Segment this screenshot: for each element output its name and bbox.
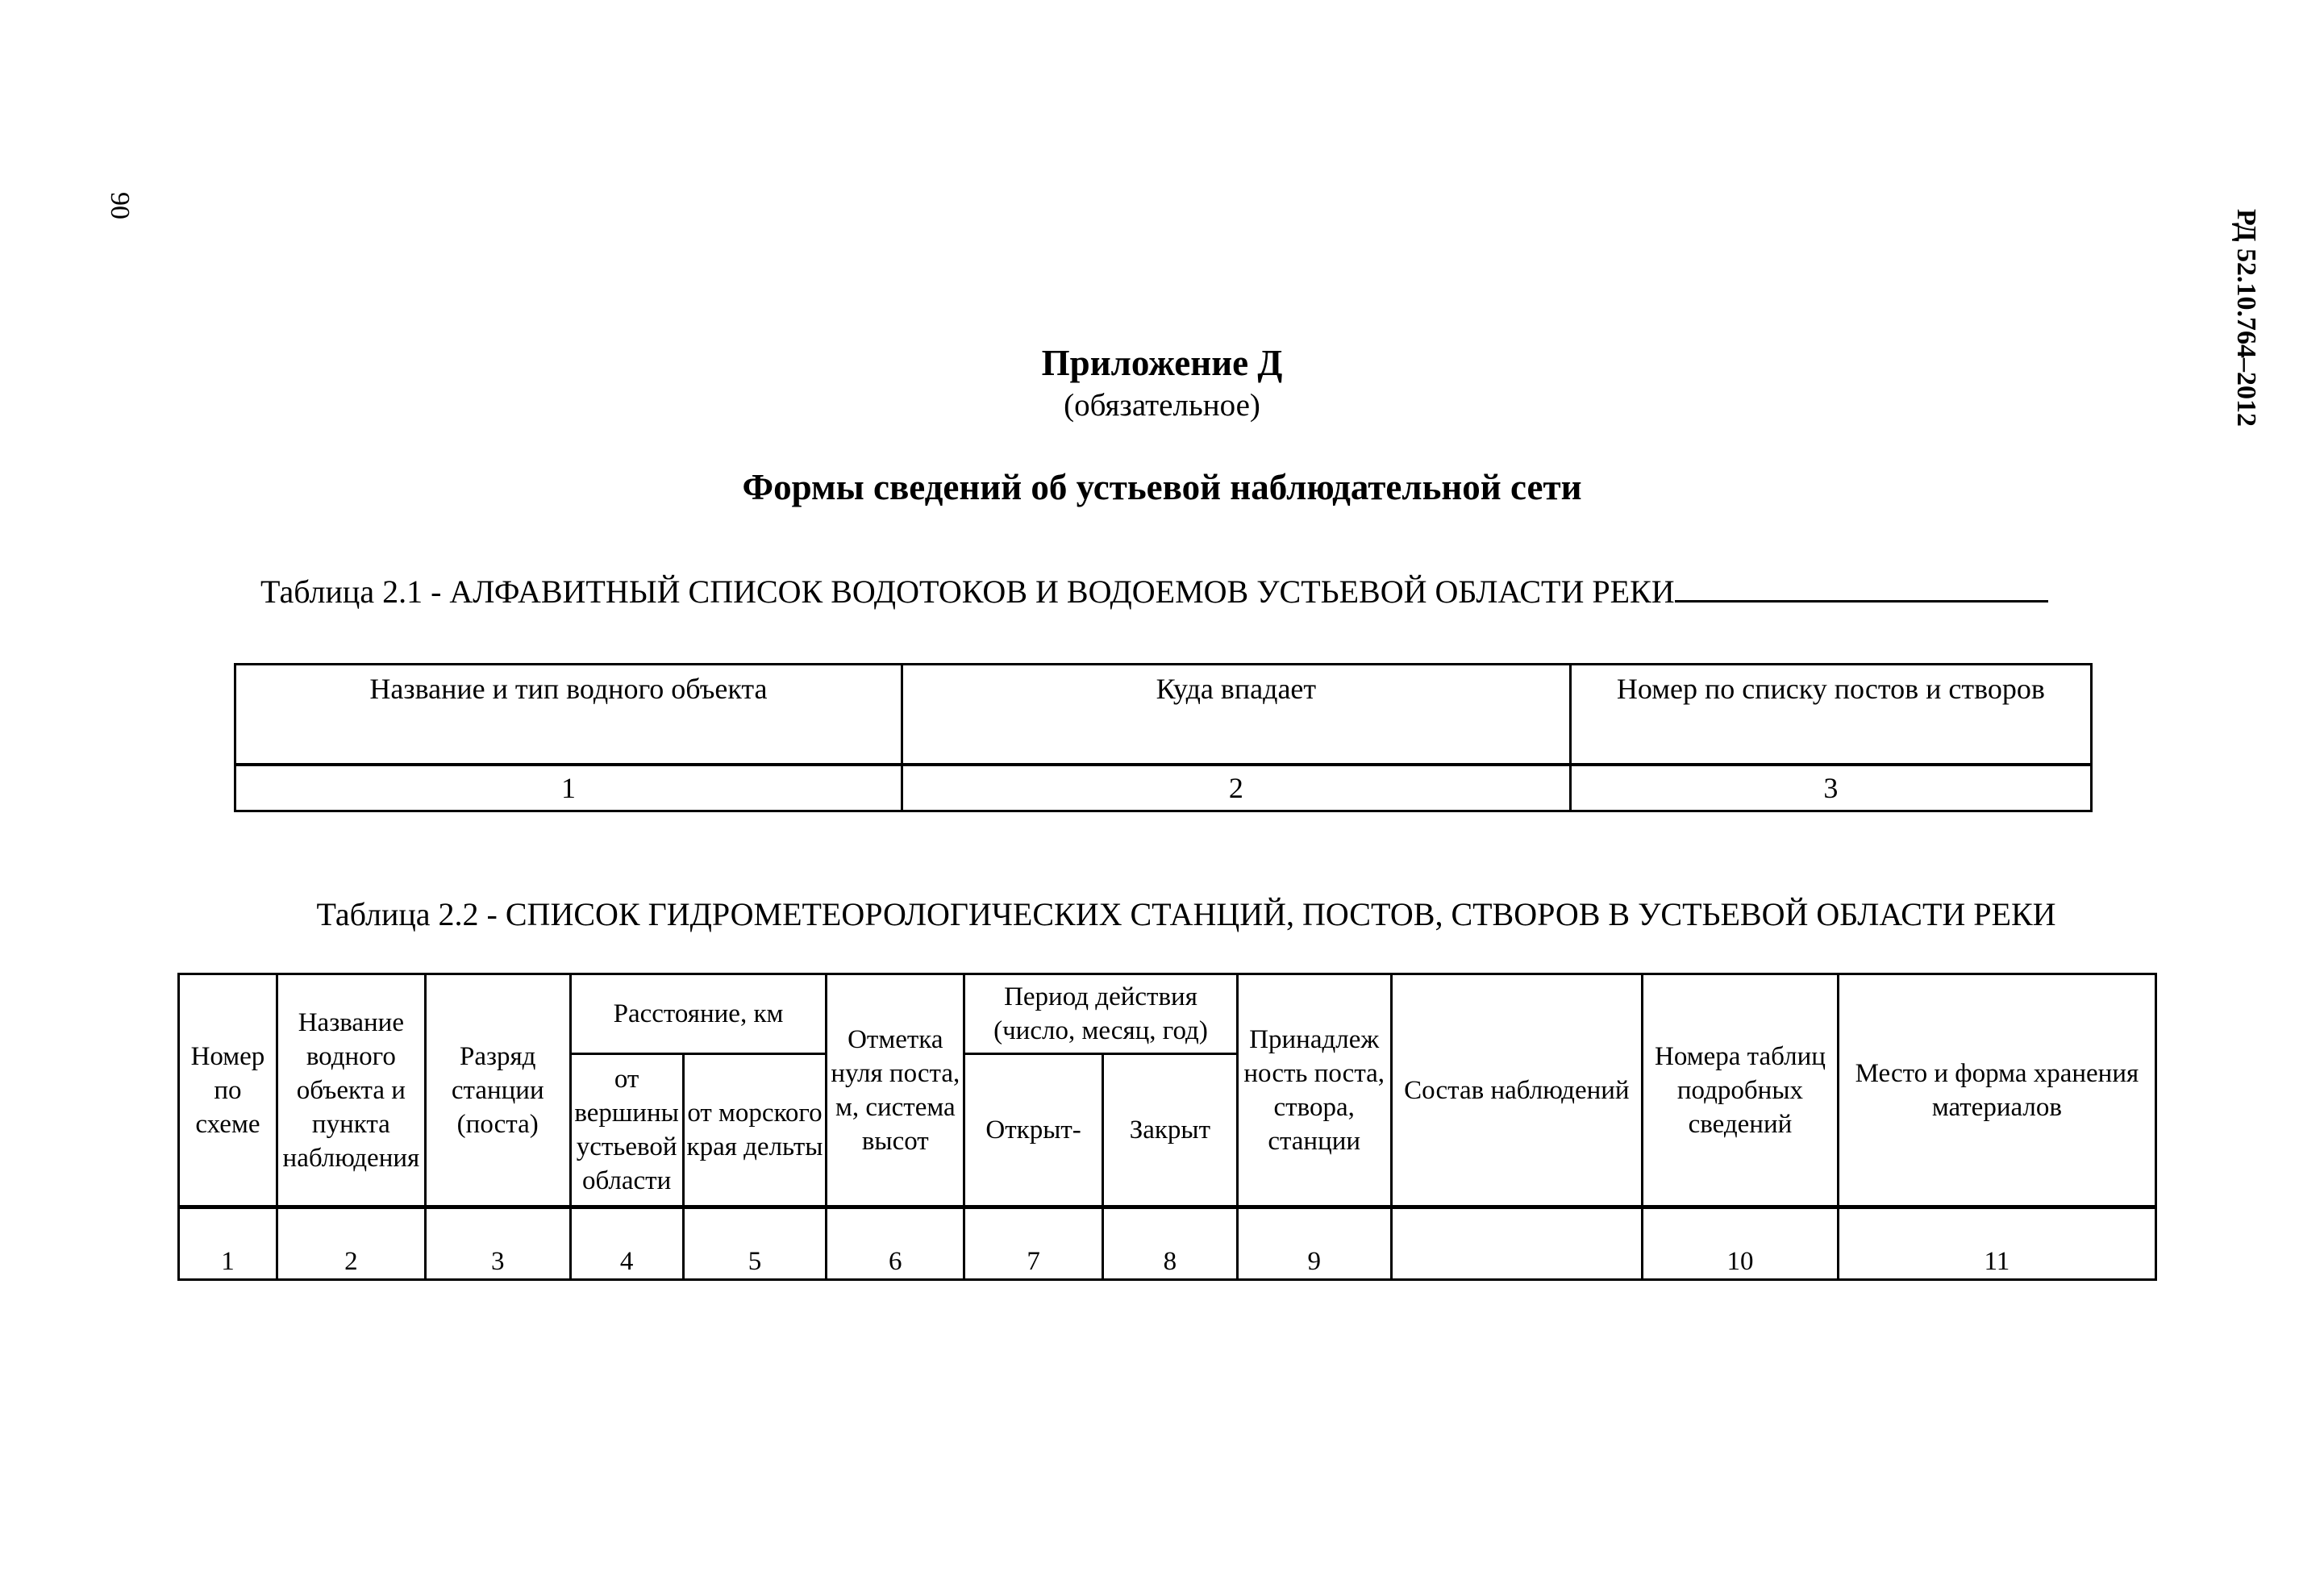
- column-number: [1391, 1207, 1642, 1280]
- column-number: 2: [902, 765, 1570, 811]
- table-2-1-caption: Таблица 2.1 - АЛФАВИТНЫЙ СПИСОК ВОДОТОКО…: [260, 573, 2048, 611]
- page-number: 90: [104, 181, 135, 230]
- column-number: 1: [179, 1207, 277, 1280]
- column-number: 9: [1237, 1207, 1391, 1280]
- col-header-station-class: Разряд станции (поста): [425, 974, 570, 1207]
- column-number: 7: [964, 1207, 1103, 1280]
- col-header-object-name: Название и тип водного объекта: [235, 665, 902, 765]
- col-header-flows-into: Куда впадает: [902, 665, 1570, 765]
- column-number-row: 1 2 3: [235, 765, 2092, 811]
- table-header-row: Номер по схеме Название водного объекта …: [179, 974, 2156, 1054]
- col-header-object-name: Название водного объекта и пункта наблюд…: [277, 974, 425, 1207]
- column-number: 8: [1103, 1207, 1238, 1280]
- col-header-storage: Место и форма хранения материалов: [1838, 974, 2155, 1207]
- table-2-1: Название и тип водного объекта Куда впад…: [234, 663, 2093, 812]
- column-number: 4: [570, 1207, 683, 1280]
- col-header-period-group: Период действия (число, месяц, год): [964, 974, 1238, 1054]
- forms-title: Формы сведений об устьевой наблюдательно…: [0, 466, 2324, 508]
- col-header-zero-mark: Отметка нуля поста, м, система высот: [827, 974, 964, 1207]
- column-number: 3: [425, 1207, 570, 1280]
- column-number: 2: [277, 1207, 425, 1280]
- col-header-detail-tables: Номера таблиц подробных сведений: [1643, 974, 1839, 1207]
- column-number-row: 1 2 3 4 5 6 7 8 9 10 11: [179, 1207, 2156, 1280]
- river-name-blank-line: [1675, 573, 2048, 603]
- col-header-distance-group: Расстояние, км: [570, 974, 827, 1054]
- col-header-post-number: Номер по списку постов и створов: [1570, 665, 2091, 765]
- appendix-title: Приложение Д: [0, 342, 2324, 384]
- column-number: 10: [1643, 1207, 1839, 1280]
- column-number: 11: [1838, 1207, 2155, 1280]
- col-header-ownership: Принадлеж ность поста, створа, станции: [1237, 974, 1391, 1207]
- column-number: 6: [827, 1207, 964, 1280]
- col-header-scheme-number: Номер по схеме: [179, 974, 277, 1207]
- table-header-row: Название и тип водного объекта Куда впад…: [235, 665, 2092, 765]
- col-header-closed: Закрыт: [1103, 1054, 1238, 1207]
- column-number: 5: [683, 1207, 827, 1280]
- document-code: РД 52.10.764–2012: [2230, 124, 2261, 511]
- col-header-distance-from-apex: от вершины устьевой области: [570, 1054, 683, 1207]
- table-2-1-caption-text: Таблица 2.1 - АЛФАВИТНЫЙ СПИСОК ВОДОТОКО…: [260, 573, 1675, 610]
- column-number: 3: [1570, 765, 2091, 811]
- table-2-2-caption: Таблица 2.2 - СПИСОК ГИДРОМЕТЕОРОЛОГИЧЕС…: [0, 895, 2324, 933]
- col-header-observations: Состав наблюдений: [1391, 974, 1642, 1207]
- table-2-2: Номер по схеме Название водного объекта …: [177, 973, 2157, 1281]
- col-header-distance-from-sea: от морского края дельты: [683, 1054, 827, 1207]
- appendix-status: (обязательное): [0, 387, 2324, 423]
- col-header-opened: Открыт-: [964, 1054, 1103, 1207]
- column-number: 1: [235, 765, 902, 811]
